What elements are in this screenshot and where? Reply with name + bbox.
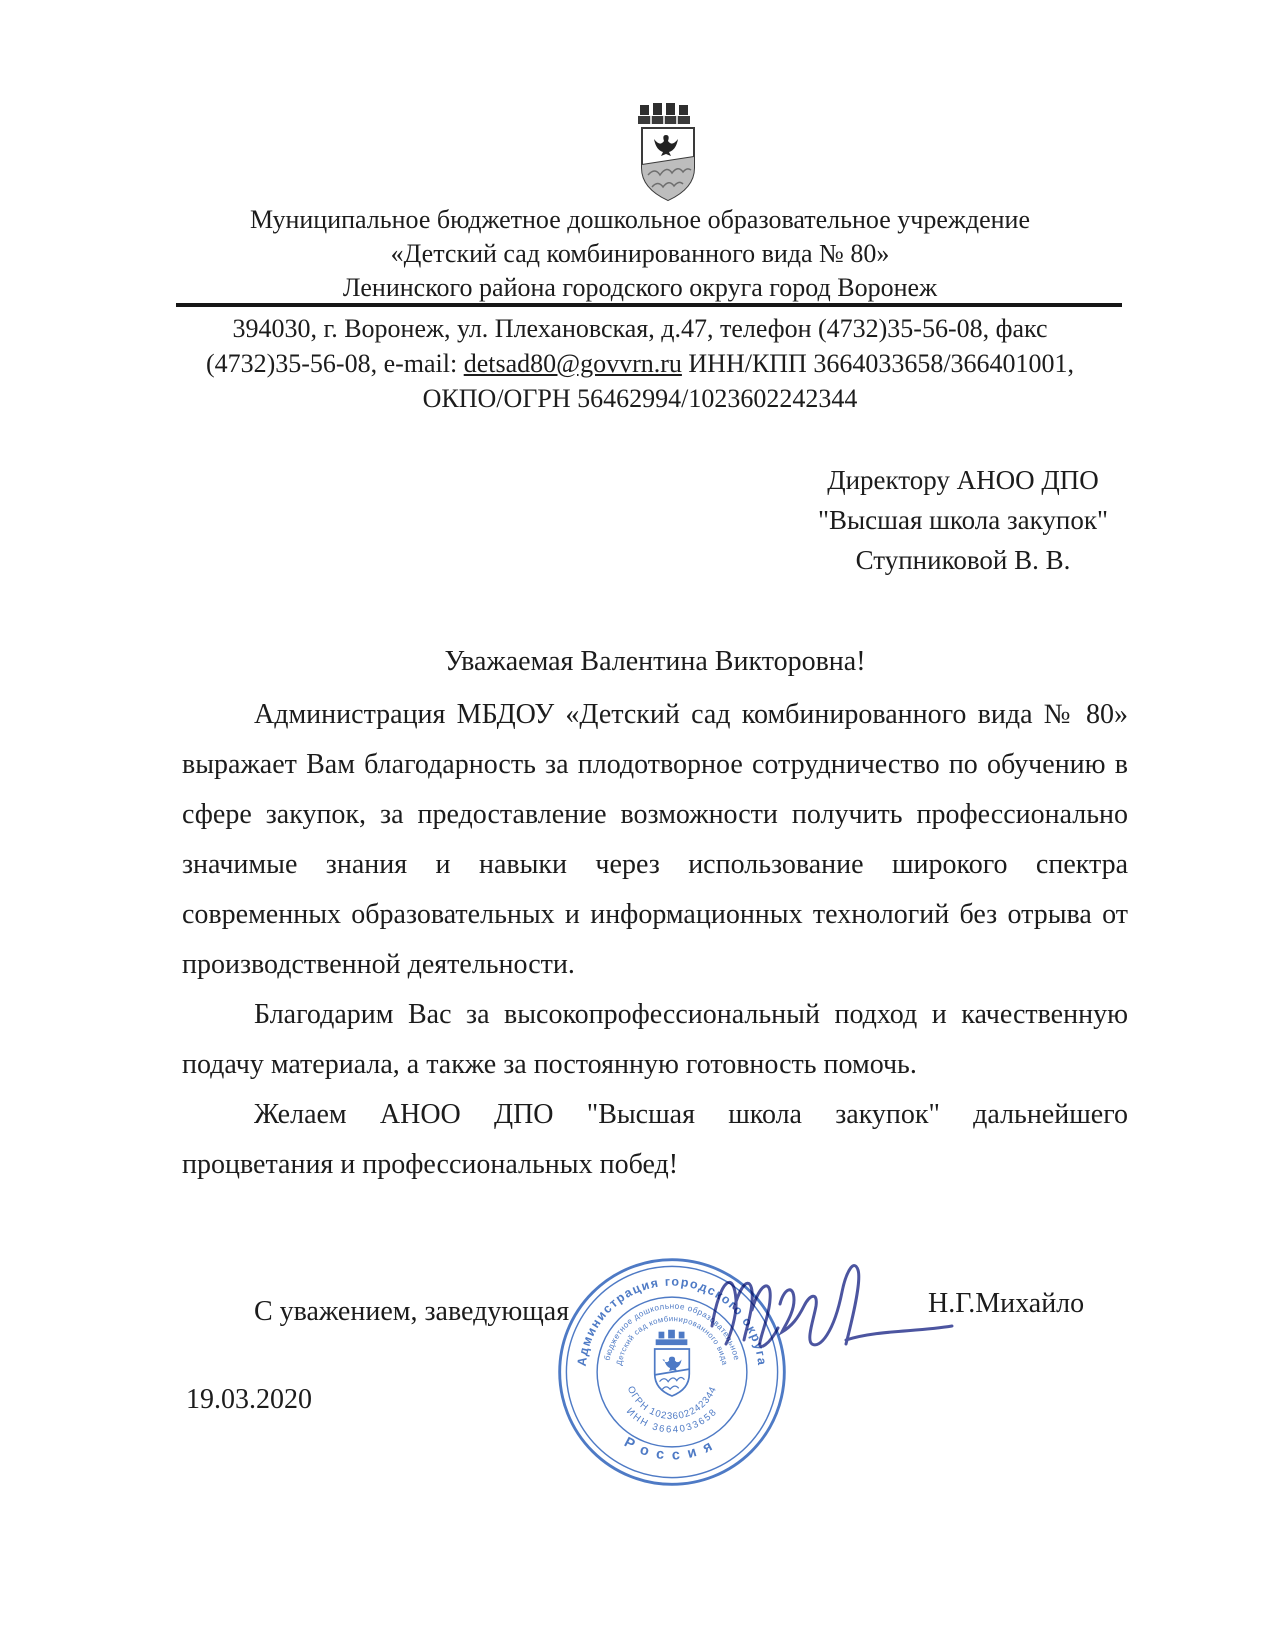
- body-paragraph: Желаем АНОО ДПО "Высшая школа закупок" д…: [182, 1090, 1128, 1190]
- voronezh-coat-of-arms-icon: [630, 103, 706, 205]
- letterhead-org-name: Муниципальное бюджетное дошкольное образ…: [140, 203, 1140, 305]
- stamp-country-text: Россия: [621, 1434, 722, 1463]
- document-date: 19.03.2020: [186, 1384, 312, 1416]
- letterhead-contacts: 394030, г. Воронеж, ул. Плехановская, д.…: [150, 311, 1130, 416]
- letter-page: Муниципальное бюджетное дошкольное образ…: [0, 0, 1275, 1650]
- contact-line: 394030, г. Воронеж, ул. Плехановская, д.…: [150, 311, 1130, 346]
- contact-okpo-ogrn: ОКПО/ОГРН 56462994/1023602242344: [423, 384, 858, 413]
- letter-body: Администрация МБДОУ «Детский сад комбини…: [182, 690, 1128, 1190]
- contact-line: (4732)35-56-08, e-mail: detsad80@govvrn.…: [150, 346, 1130, 381]
- letterhead-divider: [176, 303, 1122, 307]
- contact-inn-kpp: ИНН/КПП 3664033658/366401001,: [682, 349, 1074, 378]
- org-name-line: «Детский сад комбинированного вида № 80»: [140, 237, 1140, 271]
- recipient-line: "Высшая школа закупок": [798, 500, 1128, 540]
- contact-line: ОКПО/ОГРН 56462994/1023602242344: [150, 381, 1130, 416]
- org-name-line: Муниципальное бюджетное дошкольное образ…: [140, 203, 1140, 237]
- contact-fax: (4732)35-56-08, e-mail:: [206, 349, 464, 378]
- recipient-line: Директору АНОО ДПО: [798, 460, 1128, 500]
- recipient-line: Ступниковой В. В.: [798, 540, 1128, 580]
- contact-address: 394030, г. Воронеж, ул. Плехановская, д.…: [232, 314, 1047, 343]
- email-link: detsad80@govvrn.ru: [464, 349, 682, 378]
- recipient-block: Директору АНОО ДПО "Высшая школа закупок…: [798, 460, 1128, 580]
- body-paragraph: Благодарим Вас за высокопрофессиональный…: [182, 990, 1128, 1090]
- salutation: Уважаемая Валентина Викторовна!: [182, 646, 1128, 678]
- org-name-line: Ленинского района городского округа горо…: [140, 271, 1140, 305]
- body-paragraph: Администрация МБДОУ «Детский сад комбини…: [182, 690, 1128, 990]
- stamp-coat-of-arms-icon: [655, 1330, 690, 1396]
- closing-respect-line: С уважением, заведующая: [254, 1296, 569, 1328]
- svg-text:Россия: Россия: [621, 1434, 722, 1463]
- handwritten-signature: [698, 1246, 1028, 1366]
